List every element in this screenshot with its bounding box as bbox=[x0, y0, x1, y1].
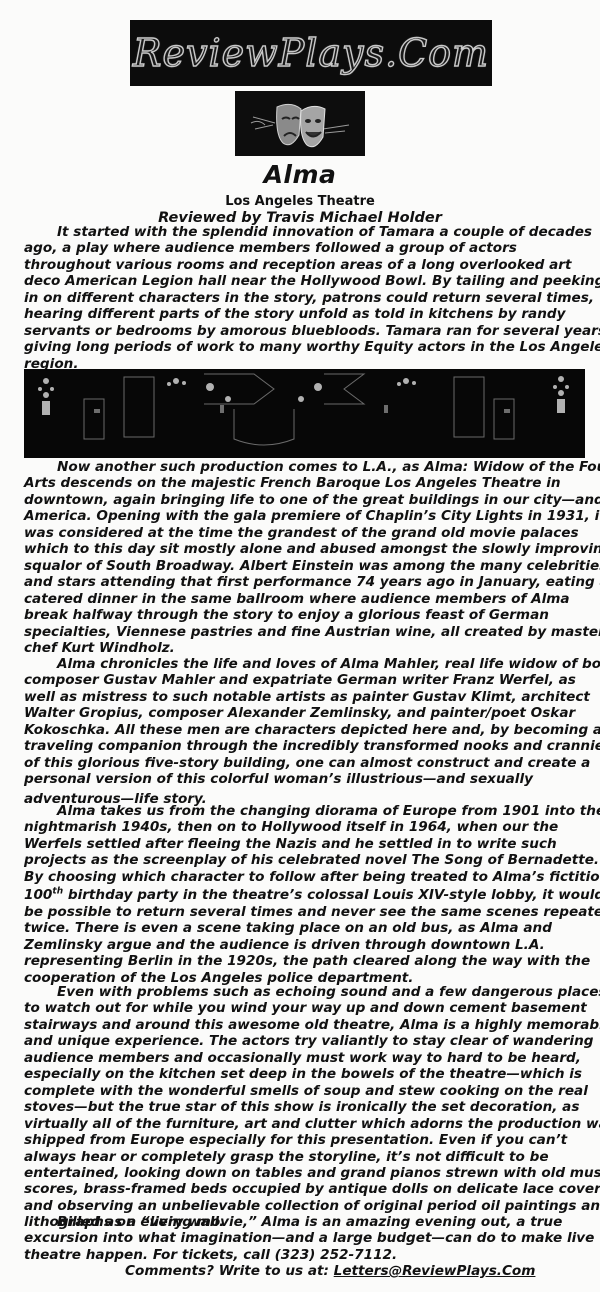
text-line: was considered at the time the grandest … bbox=[24, 525, 594, 541]
text-line: giving long periods of work to many wort… bbox=[24, 339, 594, 355]
text-line: and stars attending that first performan… bbox=[24, 574, 594, 590]
text-line: Werfels settled after fleeing the Nazis … bbox=[24, 836, 594, 852]
text-line: theatre happen. For tickets, call (323) … bbox=[24, 1247, 594, 1263]
paragraph-4: Alma takes us from the changing diorama … bbox=[24, 803, 594, 986]
text-line: traveling companion through the incredib… bbox=[24, 738, 594, 754]
text-line: and unique experience. The actors try va… bbox=[24, 1033, 594, 1049]
text-fragment: birthday party in the theatre’s colossal… bbox=[63, 887, 600, 903]
text-line: virtually all of the furniture, art and … bbox=[24, 1116, 594, 1132]
text-line: shipped from Europe especially for this … bbox=[24, 1132, 594, 1148]
text-line: representing Berlin in the 1920s, the pa… bbox=[24, 953, 594, 969]
text-line: well as mistress to such notable artists… bbox=[24, 689, 594, 705]
comments-footer: Comments? Write to us at: Letters@Review… bbox=[0, 1263, 600, 1279]
text-line: throughout various rooms and reception a… bbox=[24, 257, 594, 273]
theatre-interior-image bbox=[24, 369, 585, 458]
contact-email-link[interactable]: Letters@ReviewPlays.Com bbox=[334, 1263, 536, 1279]
text-line: stoves—but the true star of this show is… bbox=[24, 1099, 594, 1115]
text-line: especially on the kitchen set deep in th… bbox=[24, 1066, 594, 1082]
paragraph-1: It started with the splendid innovation … bbox=[24, 224, 594, 372]
theatre-interior-photo bbox=[24, 369, 585, 458]
text-line: It started with the splendid innovation … bbox=[24, 224, 594, 240]
text-line: nightmarish 1940s, then on to Hollywood … bbox=[24, 819, 594, 835]
text-line: entertained, looking down on tables and … bbox=[24, 1165, 594, 1181]
paragraph-3: Alma chronicles the life and loves of Al… bbox=[24, 656, 594, 807]
text-line: in on different characters in the story,… bbox=[24, 290, 594, 306]
text-line: scores, brass-framed beds occupied by an… bbox=[24, 1181, 594, 1197]
text-line: chef Kurt Windholz. bbox=[24, 640, 594, 656]
text-line: break halfway through the story to enjoy… bbox=[24, 607, 594, 623]
text-line: Even with problems such as echoing sound… bbox=[24, 984, 594, 1000]
text-line: Walter Gropius, composer Alexander Zemli… bbox=[24, 705, 594, 721]
text-line: to watch out for while you wind your way… bbox=[24, 1000, 594, 1016]
paragraph-5: Even with problems such as echoing sound… bbox=[24, 984, 594, 1231]
text-line: audience members and occasionally must w… bbox=[24, 1050, 594, 1066]
text-line: projects as the screenplay of his celebr… bbox=[24, 852, 594, 868]
paragraph-2: Now another such production comes to L.A… bbox=[24, 459, 594, 656]
superscript: th bbox=[52, 887, 63, 897]
text-line: stairways and around this awesome old th… bbox=[24, 1017, 594, 1033]
comments-prompt: Comments? Write to us at: bbox=[125, 1263, 334, 1279]
text-line: twice. There is even a scene taking plac… bbox=[24, 920, 594, 936]
text-line: squalor of South Broadway. Albert Einste… bbox=[24, 558, 594, 574]
text-line: Now another such production comes to L.A… bbox=[24, 459, 594, 475]
text-line: personal version of this colorful woman’… bbox=[24, 771, 594, 787]
text-line: downtown, again bringing life to one of … bbox=[24, 492, 594, 508]
site-logo-banner: ReviewPlays.Com bbox=[130, 20, 492, 86]
text-fragment: 100 bbox=[24, 887, 52, 903]
text-line: which to this day sit mostly alone and a… bbox=[24, 541, 594, 557]
text-line: Kokoschka. All these men are characters … bbox=[24, 722, 594, 738]
text-line: excursion into what imagination—and a la… bbox=[24, 1230, 594, 1246]
text-line: specialties, Viennese pastries and fine … bbox=[24, 624, 594, 640]
text-line: Arts descends on the majestic French Bar… bbox=[24, 475, 594, 491]
text-line: Alma takes us from the changing diorama … bbox=[24, 803, 594, 819]
text-line: complete with the wonderful smells of so… bbox=[24, 1083, 594, 1099]
article-title: Alma bbox=[0, 160, 600, 189]
text-line: deco American Legion hall near the Holly… bbox=[24, 273, 594, 289]
text-line: Billed as a “living movie,” Alma is an a… bbox=[24, 1214, 594, 1230]
paragraph-6: Billed as a “living movie,” Alma is an a… bbox=[24, 1214, 594, 1263]
site-logo-text: ReviewPlays.Com bbox=[133, 31, 489, 75]
text-line: and observing an unbelievable collection… bbox=[24, 1198, 594, 1214]
text-line: be possible to return several times and … bbox=[24, 904, 594, 920]
text-line-with-superscript: 100th birthday party in the theatre’s co… bbox=[24, 887, 594, 903]
text-line: Alma chronicles the life and loves of Al… bbox=[24, 656, 594, 672]
venue-name: Los Angeles Theatre bbox=[0, 194, 600, 209]
theatre-masks-icon bbox=[235, 91, 365, 156]
text-line: always hear or completely grasp the stor… bbox=[24, 1149, 594, 1165]
text-line: By choosing which character to follow af… bbox=[24, 869, 594, 885]
text-line: servants or bedrooms by amorous bluebloo… bbox=[24, 323, 594, 339]
text-line: ago, a play where audience members follo… bbox=[24, 240, 594, 256]
text-line: America. Opening with the gala premiere … bbox=[24, 508, 594, 524]
text-line: catered dinner in the same ballroom wher… bbox=[24, 591, 594, 607]
text-line: Zemlinsky argue and the audience is driv… bbox=[24, 937, 594, 953]
text-line: of this glorious five-story building, on… bbox=[24, 755, 594, 771]
comedy-tragedy-masks-icon bbox=[245, 95, 355, 153]
text-line: hearing different parts of the story unf… bbox=[24, 306, 594, 322]
text-line: composer Gustav Mahler and expatriate Ge… bbox=[24, 672, 594, 688]
